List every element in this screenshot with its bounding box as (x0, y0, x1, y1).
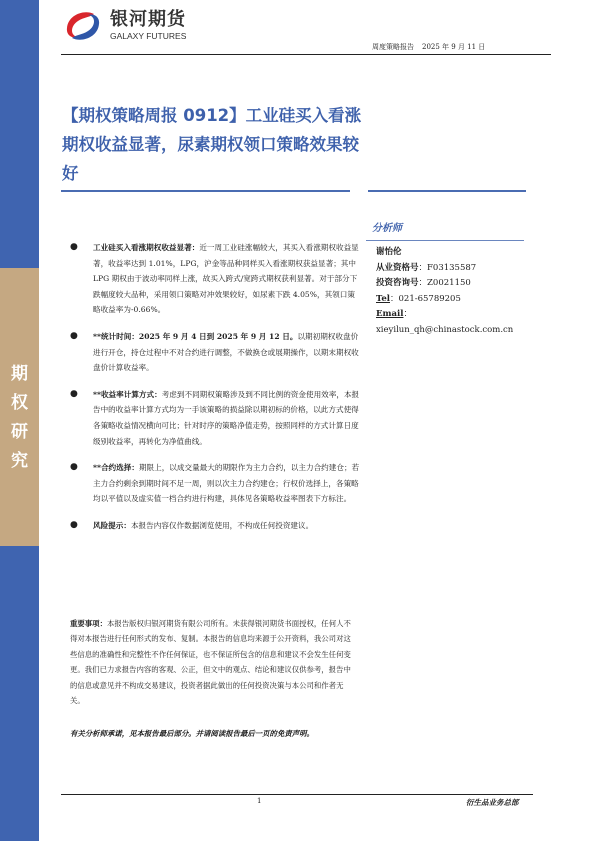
bullet-icon: ● (70, 518, 78, 534)
bullet-icon: ● (70, 460, 78, 476)
report-date: 2025 年 9 月 11 日 (422, 43, 485, 51)
header-divider (61, 54, 551, 55)
summary-bullets: ● 工业硅买入看涨期权收益显著：近一周工业硅涨幅较大，其买入看涨期权收益显著，收… (70, 240, 360, 545)
analyst-consult: 投资咨询号：Z0021150 (376, 276, 513, 292)
sidebar-char: 研 (0, 418, 39, 447)
qualification-number: F03135587 (427, 263, 476, 273)
analyst-email[interactable]: xieyilun_qh@chinastock.com.cn (376, 323, 513, 339)
bullet-item: ● **统计时间：2025 年 9 月 4 日到 2025 年 9 月 12 日… (70, 329, 360, 376)
bullet-icon: ● (70, 240, 78, 256)
report-title: 【期权策略周报 0912】工业硅买入看涨期权收益显著，尿素期权领口策略效果较好 (62, 101, 362, 188)
page-number: 1 (257, 797, 261, 805)
analyst-divider (366, 240, 524, 241)
galaxy-logo-icon (64, 11, 102, 41)
analyst-email-label: Email： (376, 307, 513, 323)
title-underline (61, 190, 350, 192)
sidebar-char: 期 (0, 360, 39, 389)
analyst-info: 谢怡伦 从业资格号：F03135587 投资咨询号：Z0021150 Tel：0… (376, 245, 513, 338)
report-type: 周度策略报告 (372, 43, 414, 51)
analyst-tel: Tel：021-65789205 (376, 292, 513, 308)
sidebar-char: 权 (0, 389, 39, 418)
bullet-item: ● **收益率计算方式：考虑到不同期权策略涉及到不同比例的资金使用效率，本报告中… (70, 387, 360, 449)
analyst-heading: 分析师 (372, 219, 402, 234)
tel-number: 021-65789205 (399, 294, 461, 304)
right-column-divider (368, 190, 526, 192)
bullet-icon: ● (70, 329, 78, 345)
bullet-icon: ● (70, 387, 78, 403)
sidebar-section-label: 期 权 研 究 (0, 360, 39, 476)
important-notice: 重要事项：本报告版权归银河期货有限公司所有。未获得银河期货书面授权，任何人不得对… (70, 616, 356, 708)
report-meta: 周度策略报告2025 年 9 月 11 日 (372, 42, 493, 52)
disclaimer-note: 有关分析师承诺，见本报告最后部分。并请阅读报告最后一页的免责声明。 (70, 726, 356, 741)
bullet-item: ● 风险提示：本报告内容仅作数据浏览使用，不构成任何投资建议。 (70, 518, 360, 534)
bullet-item: ● **合约选择：期限上，以成交量最大的期限作为主力合约，以主力合约建仓；若主力… (70, 460, 360, 507)
logo-chinese-name: 银河期货 (110, 10, 186, 30)
footer-department: 衍生品业务总部 (466, 797, 519, 808)
bullet-item: ● 工业硅买入看涨期权收益显著：近一周工业硅涨幅较大，其买入看涨期权收益显著，收… (70, 240, 360, 318)
sidebar-char: 究 (0, 447, 39, 476)
consult-number: Z0021150 (427, 278, 471, 288)
company-logo: 银河期货 GALAXY FUTURES (64, 10, 186, 41)
analyst-qualification: 从业资格号：F03135587 (376, 261, 513, 277)
analyst-name: 谢怡伦 (376, 245, 513, 261)
logo-english-name: GALAXY FUTURES (110, 31, 186, 41)
footer-divider (61, 794, 533, 795)
